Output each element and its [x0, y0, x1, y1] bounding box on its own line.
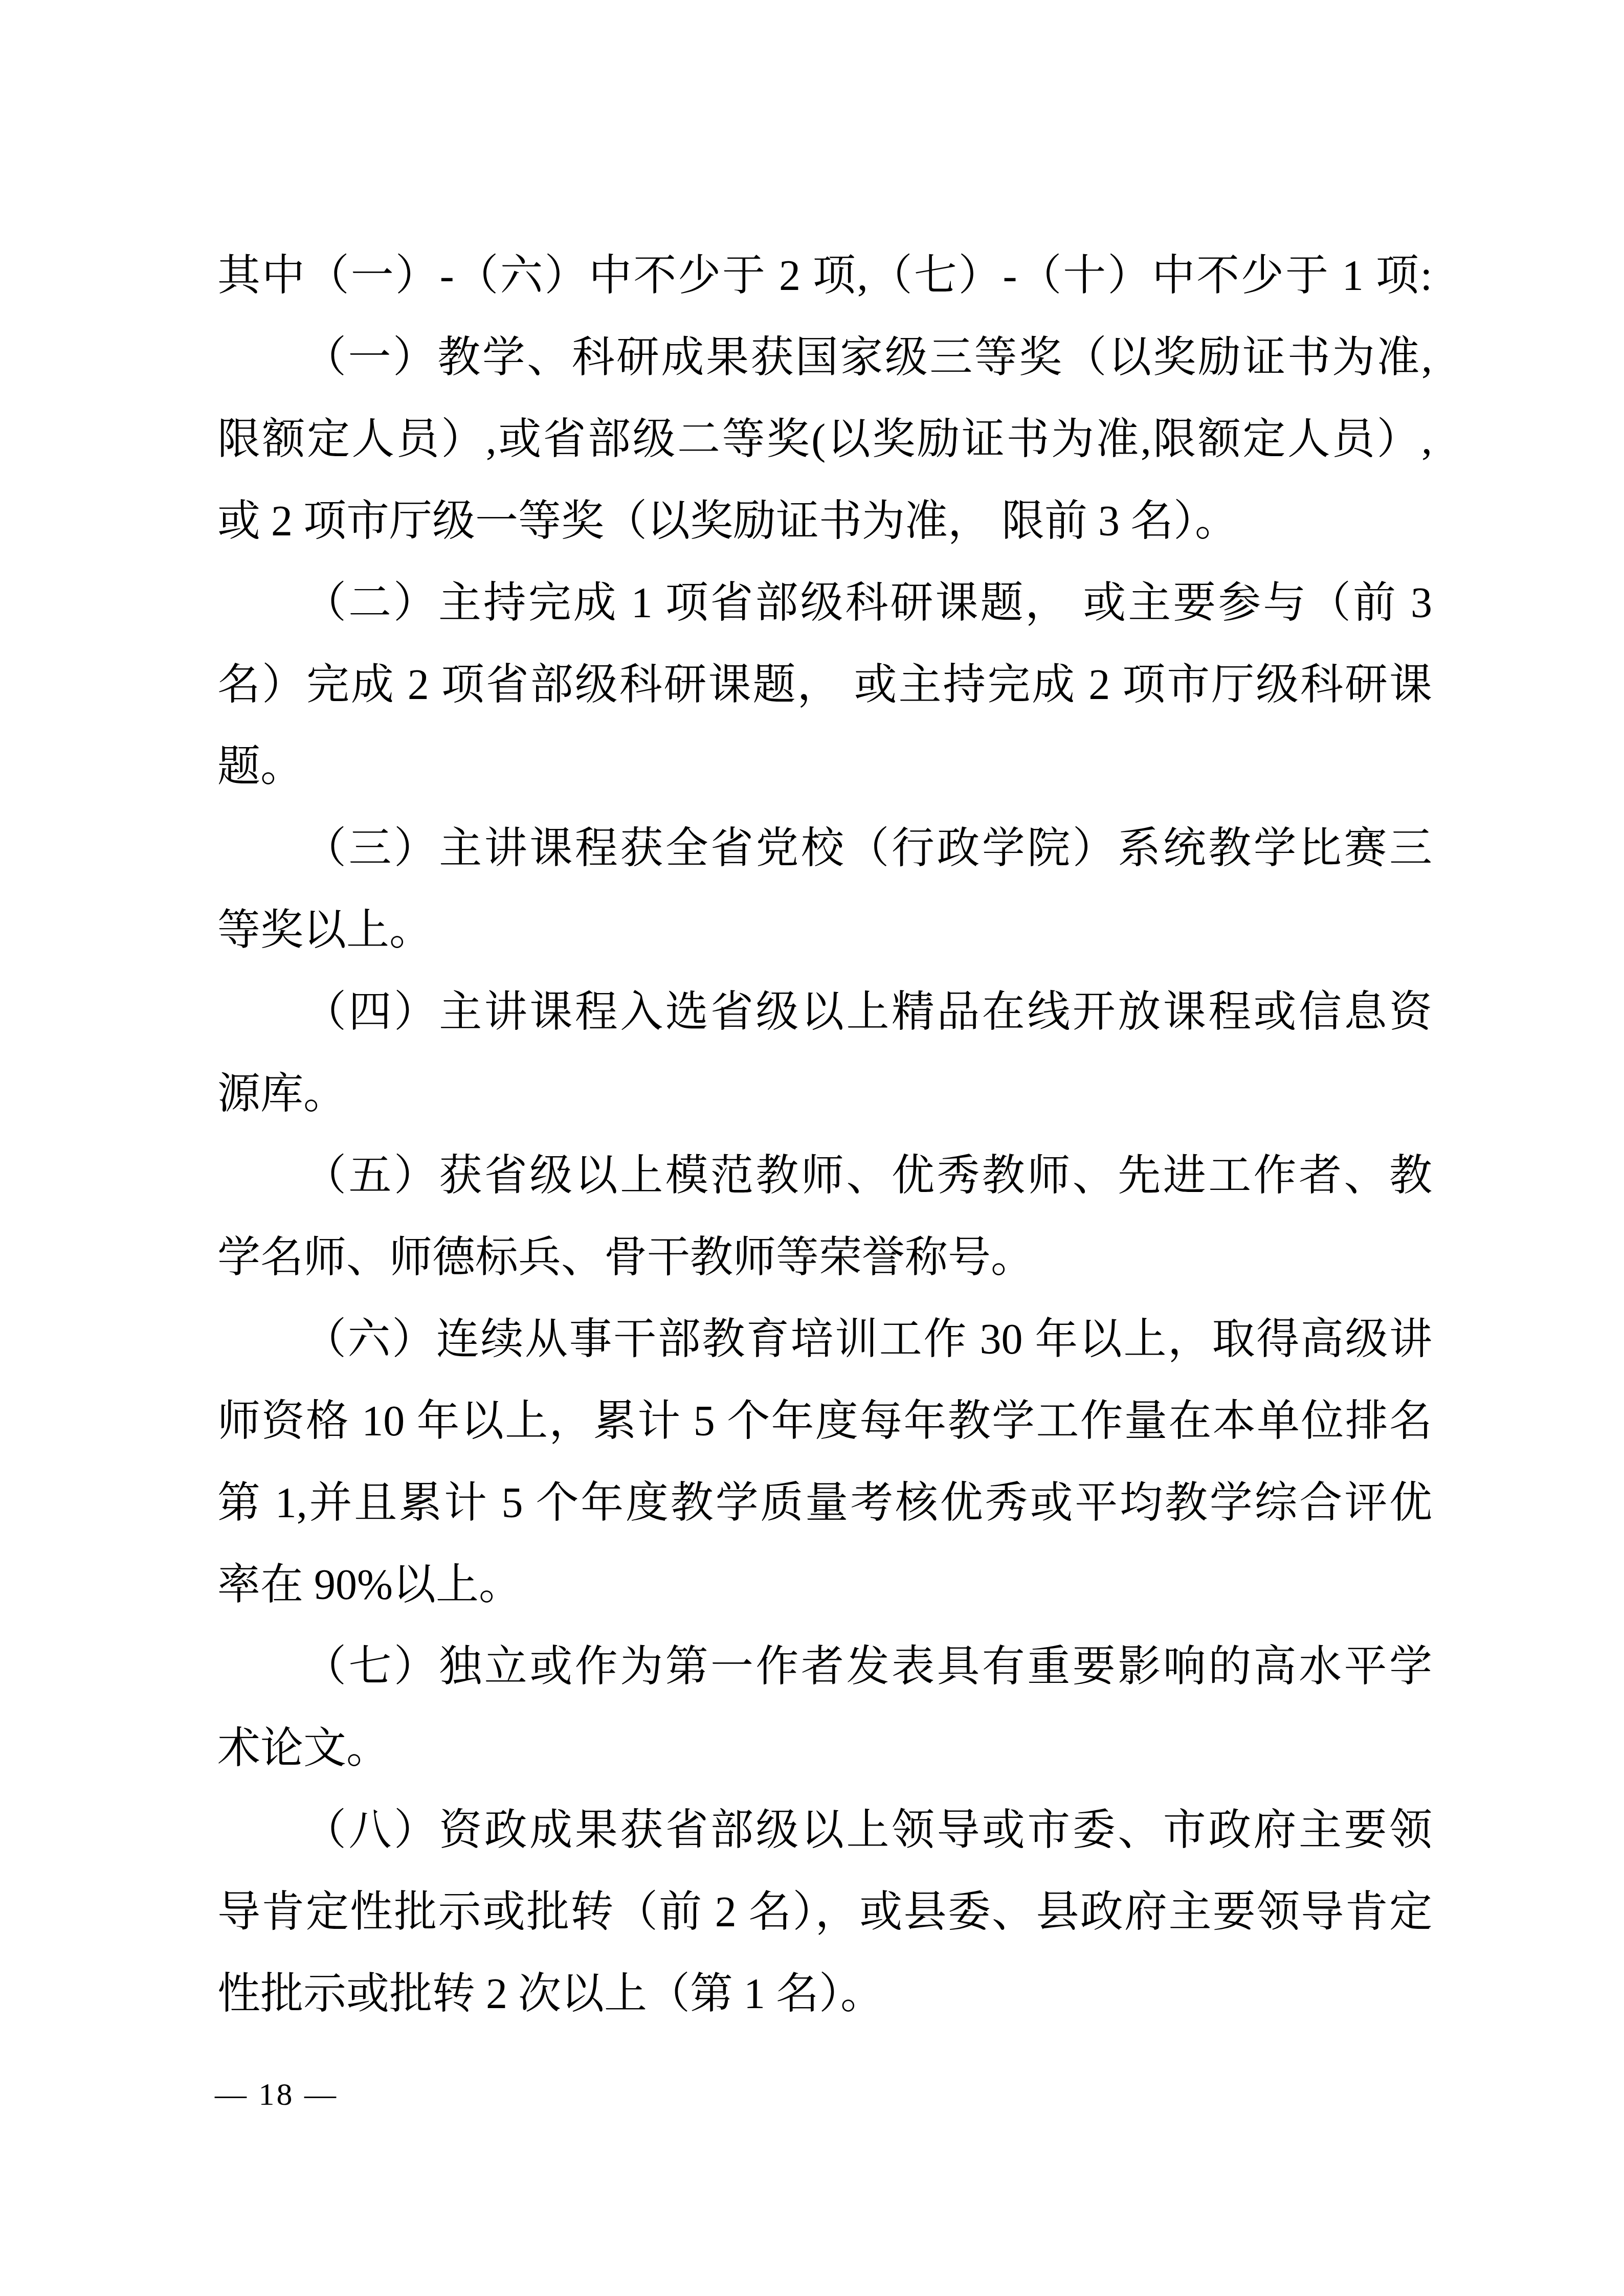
- text-line: （六）连续从事干部教育培训工作 30 年以上，取得高级讲: [217, 1299, 1432, 1381]
- text-line: 率在 90%以上。: [217, 1544, 1432, 1626]
- document-page: 其中（一）-（六）中不少于 2 项,（七）-（十）中不少于 1 项: （一）教学…: [0, 0, 1624, 2296]
- text-line: 源库。: [217, 1053, 1432, 1135]
- text-line: （一）教学、科研成果获国家级三等奖（以奖励证书为准,: [217, 317, 1432, 399]
- text-line: （八）资政成果获省部级以上领导或市委、市政府主要领: [217, 1790, 1432, 1872]
- text-line: 学名师、师德标兵、骨干教师等荣誉称号。: [217, 1217, 1432, 1299]
- text-line: 等奖以上。: [217, 890, 1432, 972]
- text-line: （七）独立或作为第一作者发表具有重要影响的高水平学: [217, 1626, 1432, 1708]
- text-line: 限额定人员）,或省部级二等奖(以奖励证书为准,限额定人员）,: [217, 399, 1432, 481]
- document-body: 其中（一）-（六）中不少于 2 项,（七）-（十）中不少于 1 项: （一）教学…: [217, 235, 1432, 2035]
- text-line: 术论文。: [217, 1708, 1432, 1790]
- page-number: — 18 —: [215, 2076, 338, 2113]
- text-line: 其中（一）-（六）中不少于 2 项,（七）-（十）中不少于 1 项:: [217, 235, 1432, 317]
- text-line: （二）主持完成 1 项省部级科研课题， 或主要参与（前 3: [217, 562, 1432, 644]
- text-line: （五）获省级以上模范教师、优秀教师、先进工作者、教: [217, 1135, 1432, 1217]
- text-line: 师资格 10 年以上，累计 5 个年度每年教学工作量在本单位排名: [217, 1381, 1432, 1462]
- text-line: （四）主讲课程入选省级以上精品在线开放课程或信息资: [217, 972, 1432, 1053]
- text-line: 第 1,并且累计 5 个年度教学质量考核优秀或平均教学综合评优: [217, 1462, 1432, 1544]
- text-line: （三）主讲课程获全省党校（行政学院）系统教学比赛三: [217, 808, 1432, 890]
- text-line: 性批示或批转 2 次以上（第 1 名）。: [217, 1953, 1432, 2035]
- text-line: 或 2 项市厅级一等奖（以奖励证书为准， 限前 3 名）。: [217, 481, 1432, 562]
- text-line: 题。: [217, 726, 1432, 808]
- text-line: 名）完成 2 项省部级科研课题， 或主持完成 2 项市厅级科研课: [217, 644, 1432, 726]
- text-line: 导肯定性批示或批转（前 2 名），或县委、县政府主要领导肯定: [217, 1872, 1432, 1953]
